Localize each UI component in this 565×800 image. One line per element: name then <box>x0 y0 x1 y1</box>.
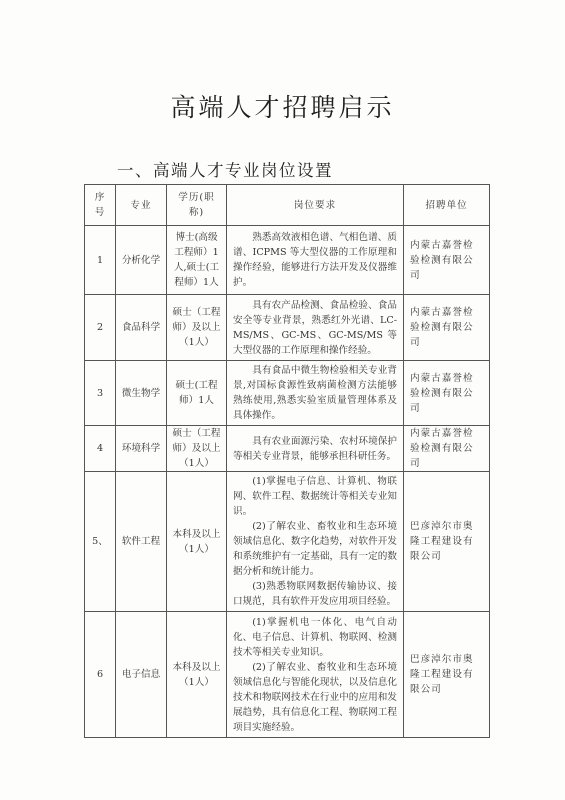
row-degree: 硕士(工程师）1人 <box>167 361 227 426</box>
row-requirements: (1)掌握机电一体化、电气自动化、电子信息、计算机、物联网、检测技术等相关专业知… <box>227 612 404 738</box>
table-row: 4 环境科学 硕士（工程师）及以上（1人） 具有农业面源污染、农村环境保护等相关… <box>85 426 490 472</box>
table-header-row: 序号 专业 学历(职称) 岗位要求 招聘单位 <box>85 185 490 226</box>
row-no: 4 <box>85 426 116 472</box>
row-degree: 硕士（工程师）及以上（1人） <box>167 426 227 472</box>
row-degree: 本科及以上（1人） <box>167 612 227 738</box>
row-major: 软件工程 <box>116 472 167 612</box>
row-requirements: 具有农业面源污染、农村环境保护等相关专业背景，能够承担科研任务。 <box>227 426 404 472</box>
table-row: 1 分析化学 博士(高级工程师）1人,硕士(工程师）1人 熟悉高效液相色谱、气相… <box>85 226 490 295</box>
row-major: 微生物学 <box>116 361 167 426</box>
header-no: 序号 <box>85 185 116 226</box>
positions-table: 序号 专业 学历(职称) 岗位要求 招聘单位 1 分析化学 博士(高级工程师）1… <box>84 184 490 738</box>
requirement-text: 具有食品中微生物检验相关专业背景,对国标食源性致病菌检测方法能够熟练使用,熟悉实… <box>233 363 397 423</box>
row-degree: 本科及以上（1人） <box>167 472 227 612</box>
row-employer: 内蒙古嘉誉检验检测有限公司 <box>404 226 490 295</box>
requirement-text: (2)了解农业、畜牧业和生态环境领域信息化与智能化现状，以及信息化技术和物联网技… <box>233 660 397 735</box>
requirement-text: (2)了解农业、畜牧业和生态环境领域信息化、数字化趋势，对软件开发和系统维护有一… <box>233 519 397 579</box>
row-employer: 内蒙古嘉誉检验检测有限公司 <box>404 295 490 361</box>
table-row: 5、 软件工程 本科及以上（1人） (1)掌握电子信息、计算机、物联网、软件工程… <box>85 472 490 612</box>
row-requirements: (1)掌握电子信息、计算机、物联网、软件工程、数据统计等相关专业知识。 (2)了… <box>227 472 404 612</box>
row-major: 分析化学 <box>116 226 167 295</box>
row-no: 2 <box>85 295 116 361</box>
row-major: 环境科学 <box>116 426 167 472</box>
row-employer: 巴彦淖尔市奥隆工程建设有限公司 <box>404 612 490 738</box>
row-no: 5、 <box>85 472 116 612</box>
header-degree: 学历(职称) <box>167 185 227 226</box>
header-employer: 招聘单位 <box>404 185 490 226</box>
requirement-text: 具有农业面源污染、农村环境保护等相关专业背景，能够承担科研任务。 <box>233 434 397 464</box>
row-major: 电子信息 <box>116 612 167 738</box>
section-heading: 一、高端人才专业岗位设置 <box>117 157 333 181</box>
table-row: 3 微生物学 硕士(工程师）1人 具有食品中微生物检验相关专业背景,对国标食源性… <box>85 361 490 426</box>
row-no: 6 <box>85 612 116 738</box>
row-degree: 硕士（工程师）及以上（1人） <box>167 295 227 361</box>
header-requirements: 岗位要求 <box>227 185 404 226</box>
table-row: 6 电子信息 本科及以上（1人） (1)掌握机电一体化、电气自动化、电子信息、计… <box>85 612 490 738</box>
requirement-text: (3)熟悉物联网数据传输协议、接口规范，具有软件开发应用项目经验。 <box>233 579 397 609</box>
row-major: 食品科学 <box>116 295 167 361</box>
row-requirements: 熟悉高效液相色谱、气相色谱、质谱、ICPMS 等大型仪器的工作原理和操作经验，能… <box>227 226 404 295</box>
row-employer: 内蒙古嘉誉检验检测有限公司 <box>404 361 490 426</box>
row-degree: 博士(高级工程师）1人,硕士(工程师）1人 <box>167 226 227 295</box>
requirement-text: (1)掌握机电一体化、电气自动化、电子信息、计算机、物联网、检测技术等相关专业知… <box>233 615 397 660</box>
requirement-text: 具有农产品检测、食品检验、食品安全等专业背景，熟悉红外光谱、LC-MS/MS、G… <box>233 298 397 358</box>
requirement-text: 熟悉高效液相色谱、气相色谱、质谱、ICPMS 等大型仪器的工作原理和操作经验，能… <box>233 230 397 290</box>
requirement-text: (1)掌握电子信息、计算机、物联网、软件工程、数据统计等相关专业知识。 <box>233 474 397 519</box>
header-major: 专业 <box>116 185 167 226</box>
row-requirements: 具有食品中微生物检验相关专业背景,对国标食源性致病菌检测方法能够熟练使用,熟悉实… <box>227 361 404 426</box>
row-no: 3 <box>85 361 116 426</box>
document-title: 高端人才招聘启示 <box>0 88 565 124</box>
row-no: 1 <box>85 226 116 295</box>
table-row: 2 食品科学 硕士（工程师）及以上（1人） 具有农产品检测、食品检验、食品安全等… <box>85 295 490 361</box>
row-employer: 内蒙古嘉誉检验检测有限公司 <box>404 426 490 472</box>
row-requirements: 具有农产品检测、食品检验、食品安全等专业背景，熟悉红外光谱、LC-MS/MS、G… <box>227 295 404 361</box>
row-employer: 巴彦淖尔市奥隆工程建设有限公司 <box>404 472 490 612</box>
